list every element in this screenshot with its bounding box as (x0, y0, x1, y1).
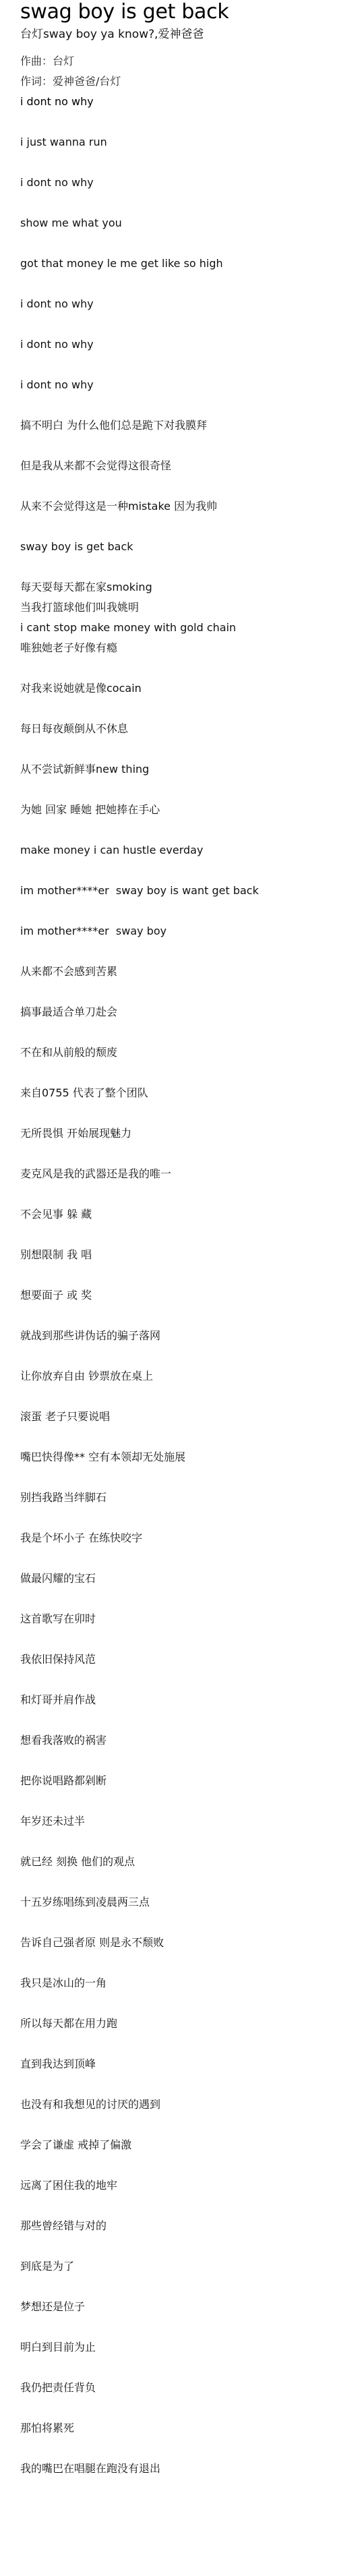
lyric-stanza: 每天耍每天都在家smoking当我打篮球他们叫我姚明i cant stop ma… (20, 577, 337, 658)
lyric-stanza: 想要面子 或 奖 (20, 1285, 337, 1306)
lyric-line: i dont no why (20, 294, 337, 314)
lyric-stanza: 做最闪耀的宝石 (20, 1569, 337, 1589)
lyric-stanza: 我是个坏小子 在练快咬字 (20, 1528, 337, 1548)
lyric-line: make money i can hustle everday (20, 840, 337, 860)
lyric-line: 到底是为了 (20, 2256, 337, 2277)
lyric-stanza: 从来不会觉得这是一种mistake 因为我帅 (20, 496, 337, 517)
lyric-line: 搞不明白 为什么他们总是跪下对我膜拜 (20, 415, 337, 436)
lyric-line: 想看我落败的祸害 (20, 1730, 337, 1751)
lyric-line: 想要面子 或 奖 (20, 1285, 337, 1306)
lyric-line: 嘴巴快得像** 空有本领却无处施展 (20, 1447, 337, 1467)
lyric-stanza: i dont no why (20, 334, 337, 355)
lyric-stanza: 远离了困住我的地牢 (20, 2175, 337, 2196)
lyric-stanza: 告诉自己强者原 则是永不颓败 (20, 1933, 337, 1953)
lyric-line: 唯独她老子好像有瘾 (20, 638, 337, 658)
lyric-stanza: 每日每夜颠倒从不休息 (20, 719, 337, 739)
lyric-stanza: 直到我达到顶峰 (20, 2054, 337, 2074)
lyric-line: 年岁还未过半 (20, 1811, 337, 1832)
lyric-line: 当我打篮球他们叫我姚明 (20, 597, 337, 618)
lyric-stanza: 从不尝试新鲜事new thing (20, 759, 337, 780)
lyric-stanza: 为她 回家 睡她 把她捧在手心 (20, 800, 337, 820)
lyric-line: 但是我从来都不会觉得这很奇怪 (20, 456, 337, 476)
lyric-stanza: 对我来说她就是像cocain (20, 678, 337, 699)
lyric-stanza: 就已经 刻换 他们的观点 (20, 1852, 337, 1872)
lyric-line: 每天耍每天都在家smoking (20, 577, 337, 597)
lyric-stanza: 那些曾经错与对的 (20, 2216, 337, 2236)
lyric-stanza: 十五岁练唱练到凌晨两三点 (20, 1892, 337, 1912)
lyric-line: 无所畏惧 开始展现魅力 (20, 1123, 337, 1144)
lyric-line: 我依旧保持风范 (20, 1649, 337, 1670)
lyric-line: i dont no why (20, 92, 337, 112)
composer-credit: 作曲：台灯 (20, 51, 337, 71)
lyric-line: 就战到那些讲伪话的骗子落网 (20, 1326, 337, 1346)
lyric-line: 让你放弃自由 钞票放在桌上 (20, 1366, 337, 1386)
lyric-stanza: 就战到那些讲伪话的骗子落网 (20, 1326, 337, 1346)
lyric-line: 为她 回家 睡她 把她捧在手心 (20, 800, 337, 820)
lyric-line: 不在和从前般的颓废 (20, 1043, 337, 1063)
lyric-line: got that money le me get like so high (20, 254, 337, 274)
lyric-line: 也没有和我想见的讨厌的遇到 (20, 2095, 337, 2115)
lyric-stanza: 梦想还是位子 (20, 2297, 337, 2317)
lyric-line: 十五岁练唱练到凌晨两三点 (20, 1892, 337, 1912)
lyric-line: i just wanna run (20, 132, 337, 152)
lyric-stanza: 明白到目前为止 (20, 2337, 337, 2358)
song-artists: 台灯sway boy ya know?,爱神爸爸 (20, 26, 337, 43)
lyric-line: 我只是冰山的一角 (20, 1973, 337, 1993)
lyric-line: 每日每夜颠倒从不休息 (20, 719, 337, 739)
lyric-stanza: 不在和从前般的颓废 (20, 1043, 337, 1063)
lyric-line: 不会见事 躲 藏 (20, 1204, 337, 1225)
lyric-line: 对我来说她就是像cocain (20, 678, 337, 699)
lyric-stanza: im mother****er sway boy (20, 921, 337, 941)
lyric-line: 就已经 刻换 他们的观点 (20, 1852, 337, 1872)
lyric-stanza: 我的嘴巴在唱腿在跑没有退出 (20, 2459, 337, 2479)
lyric-line: 这首歌写在卯时 (20, 1609, 337, 1629)
lyric-line: 告诉自己强者原 则是永不颓败 (20, 1933, 337, 1953)
lyric-line: i dont no why (20, 334, 337, 355)
lyric-line: 梦想还是位子 (20, 2297, 337, 2317)
lyric-line: show me what you (20, 213, 337, 233)
lyric-line: 我仍把责任背负 (20, 2378, 337, 2398)
lyrics-page: swag boy is get back 台灯sway boy ya know?… (0, 0, 337, 2479)
lyric-stanza: 也没有和我想见的讨厌的遇到 (20, 2095, 337, 2115)
lyric-line: 所以每天都在用力跑 (20, 2014, 337, 2034)
lyric-stanza: i dont no why (20, 92, 337, 112)
lyric-stanza: 无所畏惧 开始展现魅力 (20, 1123, 337, 1144)
lyric-line: i cant stop make money with gold chain (20, 618, 337, 638)
lyric-line: sway boy is get back (20, 537, 337, 557)
lyric-stanza: got that money le me get like so high (20, 254, 337, 274)
lyric-stanza: 这首歌写在卯时 (20, 1609, 337, 1629)
lyric-stanza: 搞不明白 为什么他们总是跪下对我膜拜 (20, 415, 337, 436)
lyric-stanza: 别挡我路当绊脚石 (20, 1488, 337, 1508)
lyric-line: 和灯哥并肩作战 (20, 1690, 337, 1710)
lyric-line: im mother****er sway boy (20, 921, 337, 941)
lyric-line: im mother****er sway boy is want get bac… (20, 881, 337, 901)
lyric-line: 麦克风是我的武器还是我的唯一 (20, 1164, 337, 1184)
lyric-stanza: 年岁还未过半 (20, 1811, 337, 1832)
lyric-line: 直到我达到顶峰 (20, 2054, 337, 2074)
lyric-line: 那些曾经错与对的 (20, 2216, 337, 2236)
lyric-stanza: 我仍把责任背负 (20, 2378, 337, 2398)
lyric-stanza: 别想限制 我 唱 (20, 1245, 337, 1265)
lyric-line: 别想限制 我 唱 (20, 1245, 337, 1265)
lyric-stanza: 那怕将累死 (20, 2418, 337, 2438)
lyric-stanza: show me what you (20, 213, 337, 233)
lyric-line: 滚蛋 老子只要说唱 (20, 1407, 337, 1427)
lyric-stanza: 但是我从来都不会觉得这很奇怪 (20, 456, 337, 476)
song-title: swag boy is get back (20, 0, 337, 24)
lyric-stanza: 滚蛋 老子只要说唱 (20, 1407, 337, 1427)
song-credits: 作曲：台灯 作词：爱神爸爸/台灯 (20, 51, 337, 92)
lyric-stanza: 我只是冰山的一角 (20, 1973, 337, 1993)
lyricist-credit: 作词：爱神爸爸/台灯 (20, 71, 337, 92)
lyric-line: 搞事最适合单刀赴会 (20, 1002, 337, 1022)
lyric-stanza: 想看我落败的祸害 (20, 1730, 337, 1751)
lyric-stanza: 从来都不会感到苦累 (20, 962, 337, 982)
lyric-line: 别挡我路当绊脚石 (20, 1488, 337, 1508)
lyric-stanza: 和灯哥并肩作战 (20, 1690, 337, 1710)
lyric-line: 从来不会觉得这是一种mistake 因为我帅 (20, 496, 337, 517)
lyric-stanza: 来自0755 代表了整个团队 (20, 1083, 337, 1103)
lyric-line: 那怕将累死 (20, 2418, 337, 2438)
lyric-stanza: 我依旧保持风范 (20, 1649, 337, 1670)
lyric-stanza: i dont no why (20, 173, 337, 193)
lyric-line: 我是个坏小子 在练快咬字 (20, 1528, 337, 1548)
lyric-line: 来自0755 代表了整个团队 (20, 1083, 337, 1103)
lyric-stanza: 不会见事 躲 藏 (20, 1204, 337, 1225)
lyric-stanza: 搞事最适合单刀赴会 (20, 1002, 337, 1022)
lyric-stanza: sway boy is get back (20, 537, 337, 557)
lyric-line: 从来都不会感到苦累 (20, 962, 337, 982)
lyric-stanza: make money i can hustle everday (20, 840, 337, 860)
lyric-stanza: 把你说唱路都剁断 (20, 1771, 337, 1791)
lyric-stanza: i dont no why (20, 294, 337, 314)
lyric-line: 我的嘴巴在唱腿在跑没有退出 (20, 2459, 337, 2479)
lyric-stanza: i dont no why (20, 375, 337, 395)
lyric-line: i dont no why (20, 173, 337, 193)
lyric-line: 从不尝试新鲜事new thing (20, 759, 337, 780)
lyric-line: i dont no why (20, 375, 337, 395)
lyric-stanza: 学会了谦虚 戒掉了偏激 (20, 2135, 337, 2155)
lyric-stanza: 到底是为了 (20, 2256, 337, 2277)
lyric-stanza: 麦克风是我的武器还是我的唯一 (20, 1164, 337, 1184)
lyric-line: 把你说唱路都剁断 (20, 1771, 337, 1791)
lyric-stanza: im mother****er sway boy is want get bac… (20, 881, 337, 901)
lyric-stanza: 嘴巴快得像** 空有本领却无处施展 (20, 1447, 337, 1467)
lyrics-body: i dont no whyi just wanna runi dont no w… (20, 92, 337, 2479)
lyric-stanza: 让你放弃自由 钞票放在桌上 (20, 1366, 337, 1386)
lyric-line: 远离了困住我的地牢 (20, 2175, 337, 2196)
lyric-stanza: 所以每天都在用力跑 (20, 2014, 337, 2034)
lyric-line: 学会了谦虚 戒掉了偏激 (20, 2135, 337, 2155)
lyric-line: 明白到目前为止 (20, 2337, 337, 2358)
lyric-stanza: i just wanna run (20, 132, 337, 152)
lyric-line: 做最闪耀的宝石 (20, 1569, 337, 1589)
